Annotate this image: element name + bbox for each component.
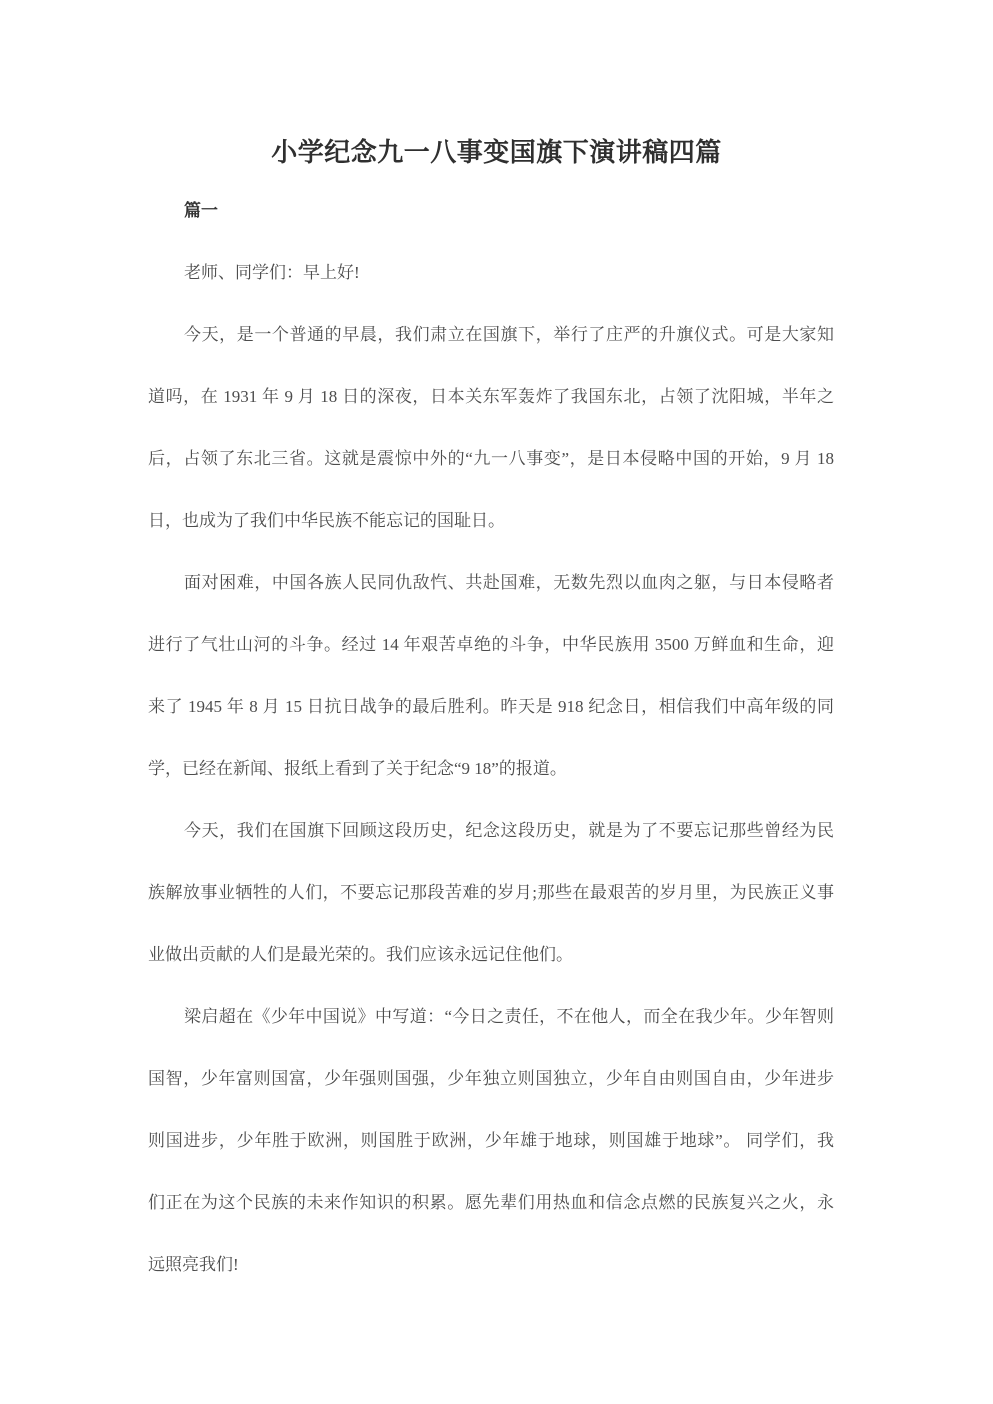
text-line: 业做出贡献的人们是最光荣的。我们应该永远记住他们。: [148, 924, 834, 986]
text-line: 来了 1945 年 8 月 15 日抗日战争的最后胜利。昨天是 918 纪念日，…: [148, 676, 834, 738]
text-line: 远照亮我们!: [148, 1234, 834, 1296]
text-line: 面对困难，中国各族人民同仇敌忾、共赴国难，无数先烈以血肉之躯，与日本侵略者: [148, 552, 834, 614]
text-line: 后，占领了东北三省。这就是震惊中外的“九一八事变”，是日本侵略中国的开始，9 月…: [148, 428, 834, 490]
document-body: 篇一 老师、同学们：早上好! 今天，是一个普通的早晨，我们肃立在国旗下，举行了庄…: [148, 180, 834, 1296]
text-line: 今天，是一个普通的早晨，我们肃立在国旗下，举行了庄严的升旗仪式。可是大家知: [148, 304, 834, 366]
text-line: 道吗，在 1931 年 9 月 18 日的深夜，日本关东军轰炸了我国东北，占领了…: [148, 366, 834, 428]
text-line: 梁启超在《少年中国说》中写道：“今日之责任，不在他人，而全在我少年。少年智则: [148, 986, 834, 1048]
text-line: 国智，少年富则国富，少年强则国强，少年独立则国独立，少年自由则国自由，少年进步: [148, 1048, 834, 1110]
text-line: 进行了气壮山河的斗争。经过 14 年艰苦卓绝的斗争，中华民族用 3500 万鲜血…: [148, 614, 834, 676]
text-line: 日，也成为了我们中华民族不能忘记的国耻日。: [148, 490, 834, 552]
document-page: 小学纪念九一八事变国旗下演讲稿四篇 篇一 老师、同学们：早上好! 今天，是一个普…: [0, 0, 993, 1404]
page-title: 小学纪念九一八事变国旗下演讲稿四篇: [0, 126, 993, 180]
text-line: 学，已经在新闻、报纸上看到了关于纪念“9 18”的报道。: [148, 738, 834, 800]
text-line: 族解放事业牺牲的人们，不要忘记那段苦难的岁月;那些在最艰苦的岁月里，为民族正义事: [148, 862, 834, 924]
section-heading: 篇一: [148, 180, 834, 242]
text-line: 们正在为这个民族的未来作知识的积累。愿先辈们用热血和信念点燃的民族复兴之火，永: [148, 1172, 834, 1234]
text-line: 则国进步，少年胜于欧洲，则国胜于欧洲，少年雄于地球，则国雄于地球”。 同学们，我: [148, 1110, 834, 1172]
text-line: 今天，我们在国旗下回顾这段历史，纪念这段历史，就是为了不要忘记那些曾经为民: [148, 800, 834, 862]
text-line: 老师、同学们：早上好!: [148, 242, 834, 304]
